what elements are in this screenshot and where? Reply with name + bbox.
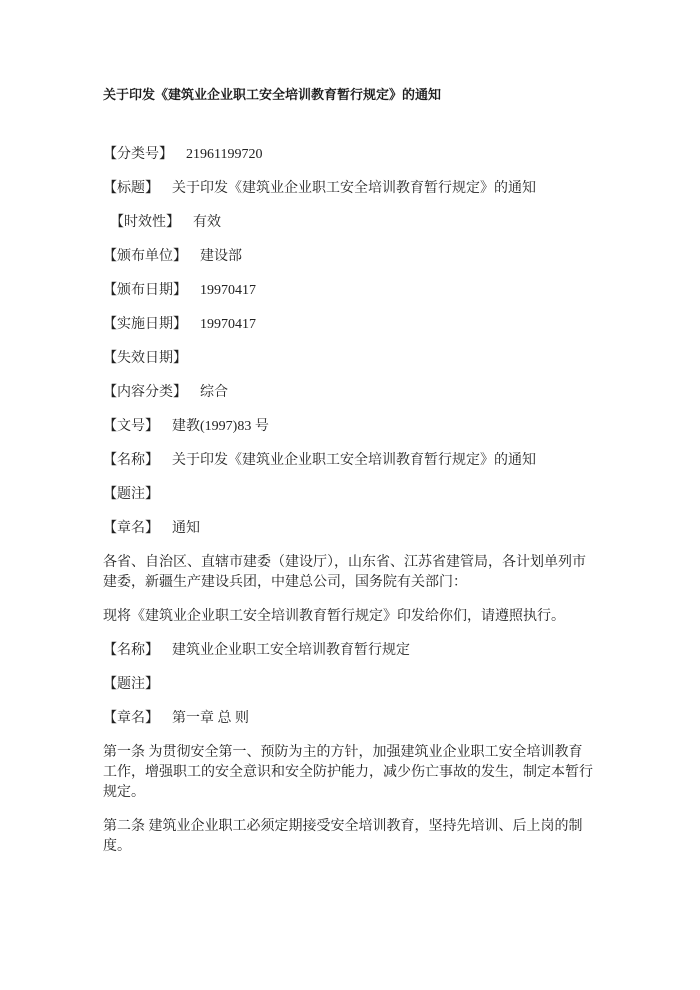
metadata-line: 【标题】关于印发《建筑业企业职工安全培训教育暂行规定》的通知 <box>103 179 595 199</box>
field-value: 关于印发《建筑业企业职工安全培训教育暂行规定》的通知 <box>172 453 536 468</box>
metadata-line: 【颁布单位】建设部 <box>103 247 595 267</box>
metadata-line: 【名称】关于印发《建筑业企业职工安全培训教育暂行规定》的通知 <box>103 451 595 471</box>
field-label: 【内容分类】 <box>103 385 187 400</box>
field-label: 【颁布单位】 <box>103 249 187 264</box>
field-label: 【题注】 <box>103 487 159 502</box>
field-value: 建筑业企业职工安全培训教育暂行规定 <box>172 643 410 658</box>
field-label: 【颁布日期】 <box>103 283 187 298</box>
field-label: 【分类号】 <box>103 147 173 162</box>
field-value: 建设部 <box>200 249 242 264</box>
field-value: 21961199720 <box>186 147 262 162</box>
paragraph: 各省、自治区、直辖市建委（建设厅），山东省、江苏省建管局，各计划单列市建委，新疆… <box>103 553 595 593</box>
metadata-line: 【失效日期】 <box>103 349 595 369</box>
metadata-line: 【时效性】有效 <box>103 213 602 233</box>
metadata-line: 【题注】 <box>103 675 595 695</box>
field-label: 【失效日期】 <box>103 351 187 366</box>
paragraph: 第二条 建筑业企业职工必须定期接受安全培训教育，坚持先培训、后上岗的制度。 <box>103 817 595 857</box>
field-label: 【题注】 <box>103 677 159 692</box>
field-label: 【时效性】 <box>110 215 180 230</box>
metadata-line: 【文号】建教(1997)83 号 <box>103 417 595 437</box>
paragraph: 第一条 为贯彻安全第一、预防为主的方针，加强建筑业企业职工安全培训教育工作，增强… <box>103 743 595 803</box>
field-value: 建教(1997)83 号 <box>172 419 269 434</box>
field-value: 通知 <box>172 521 200 536</box>
metadata-line: 【内容分类】综合 <box>103 383 595 403</box>
field-label: 【实施日期】 <box>103 317 187 332</box>
field-value: 有效 <box>193 215 221 230</box>
document-title: 关于印发《建筑业企业职工安全培训教育暂行规定》的通知 <box>103 85 595 105</box>
paragraph: 现将《建筑业企业职工安全培训教育暂行规定》印发给你们，请遵照执行。 <box>103 607 595 627</box>
field-label: 【标题】 <box>103 181 159 196</box>
metadata-line: 【章名】通知 <box>103 519 595 539</box>
metadata-line: 【章名】第一章 总 则 <box>103 709 595 729</box>
metadata-line: 【名称】建筑业企业职工安全培训教育暂行规定 <box>103 641 595 661</box>
document-content: 【分类号】21961199720【标题】关于印发《建筑业企业职工安全培训教育暂行… <box>103 145 595 857</box>
field-label: 【名称】 <box>103 643 159 658</box>
document-page: 关于印发《建筑业企业职工安全培训教育暂行规定》的通知 【分类号】21961199… <box>0 0 700 990</box>
field-label: 【章名】 <box>103 521 159 536</box>
field-value: 19970417 <box>200 283 256 298</box>
metadata-line: 【分类号】21961199720 <box>103 145 595 165</box>
metadata-line: 【颁布日期】19970417 <box>103 281 595 301</box>
field-value: 关于印发《建筑业企业职工安全培训教育暂行规定》的通知 <box>172 181 536 196</box>
field-label: 【章名】 <box>103 711 159 726</box>
field-value: 综合 <box>200 385 228 400</box>
field-label: 【名称】 <box>103 453 159 468</box>
field-label: 【文号】 <box>103 419 159 434</box>
field-value: 19970417 <box>200 317 256 332</box>
field-value: 第一章 总 则 <box>172 711 249 726</box>
metadata-line: 【实施日期】19970417 <box>103 315 595 335</box>
metadata-line: 【题注】 <box>103 485 595 505</box>
